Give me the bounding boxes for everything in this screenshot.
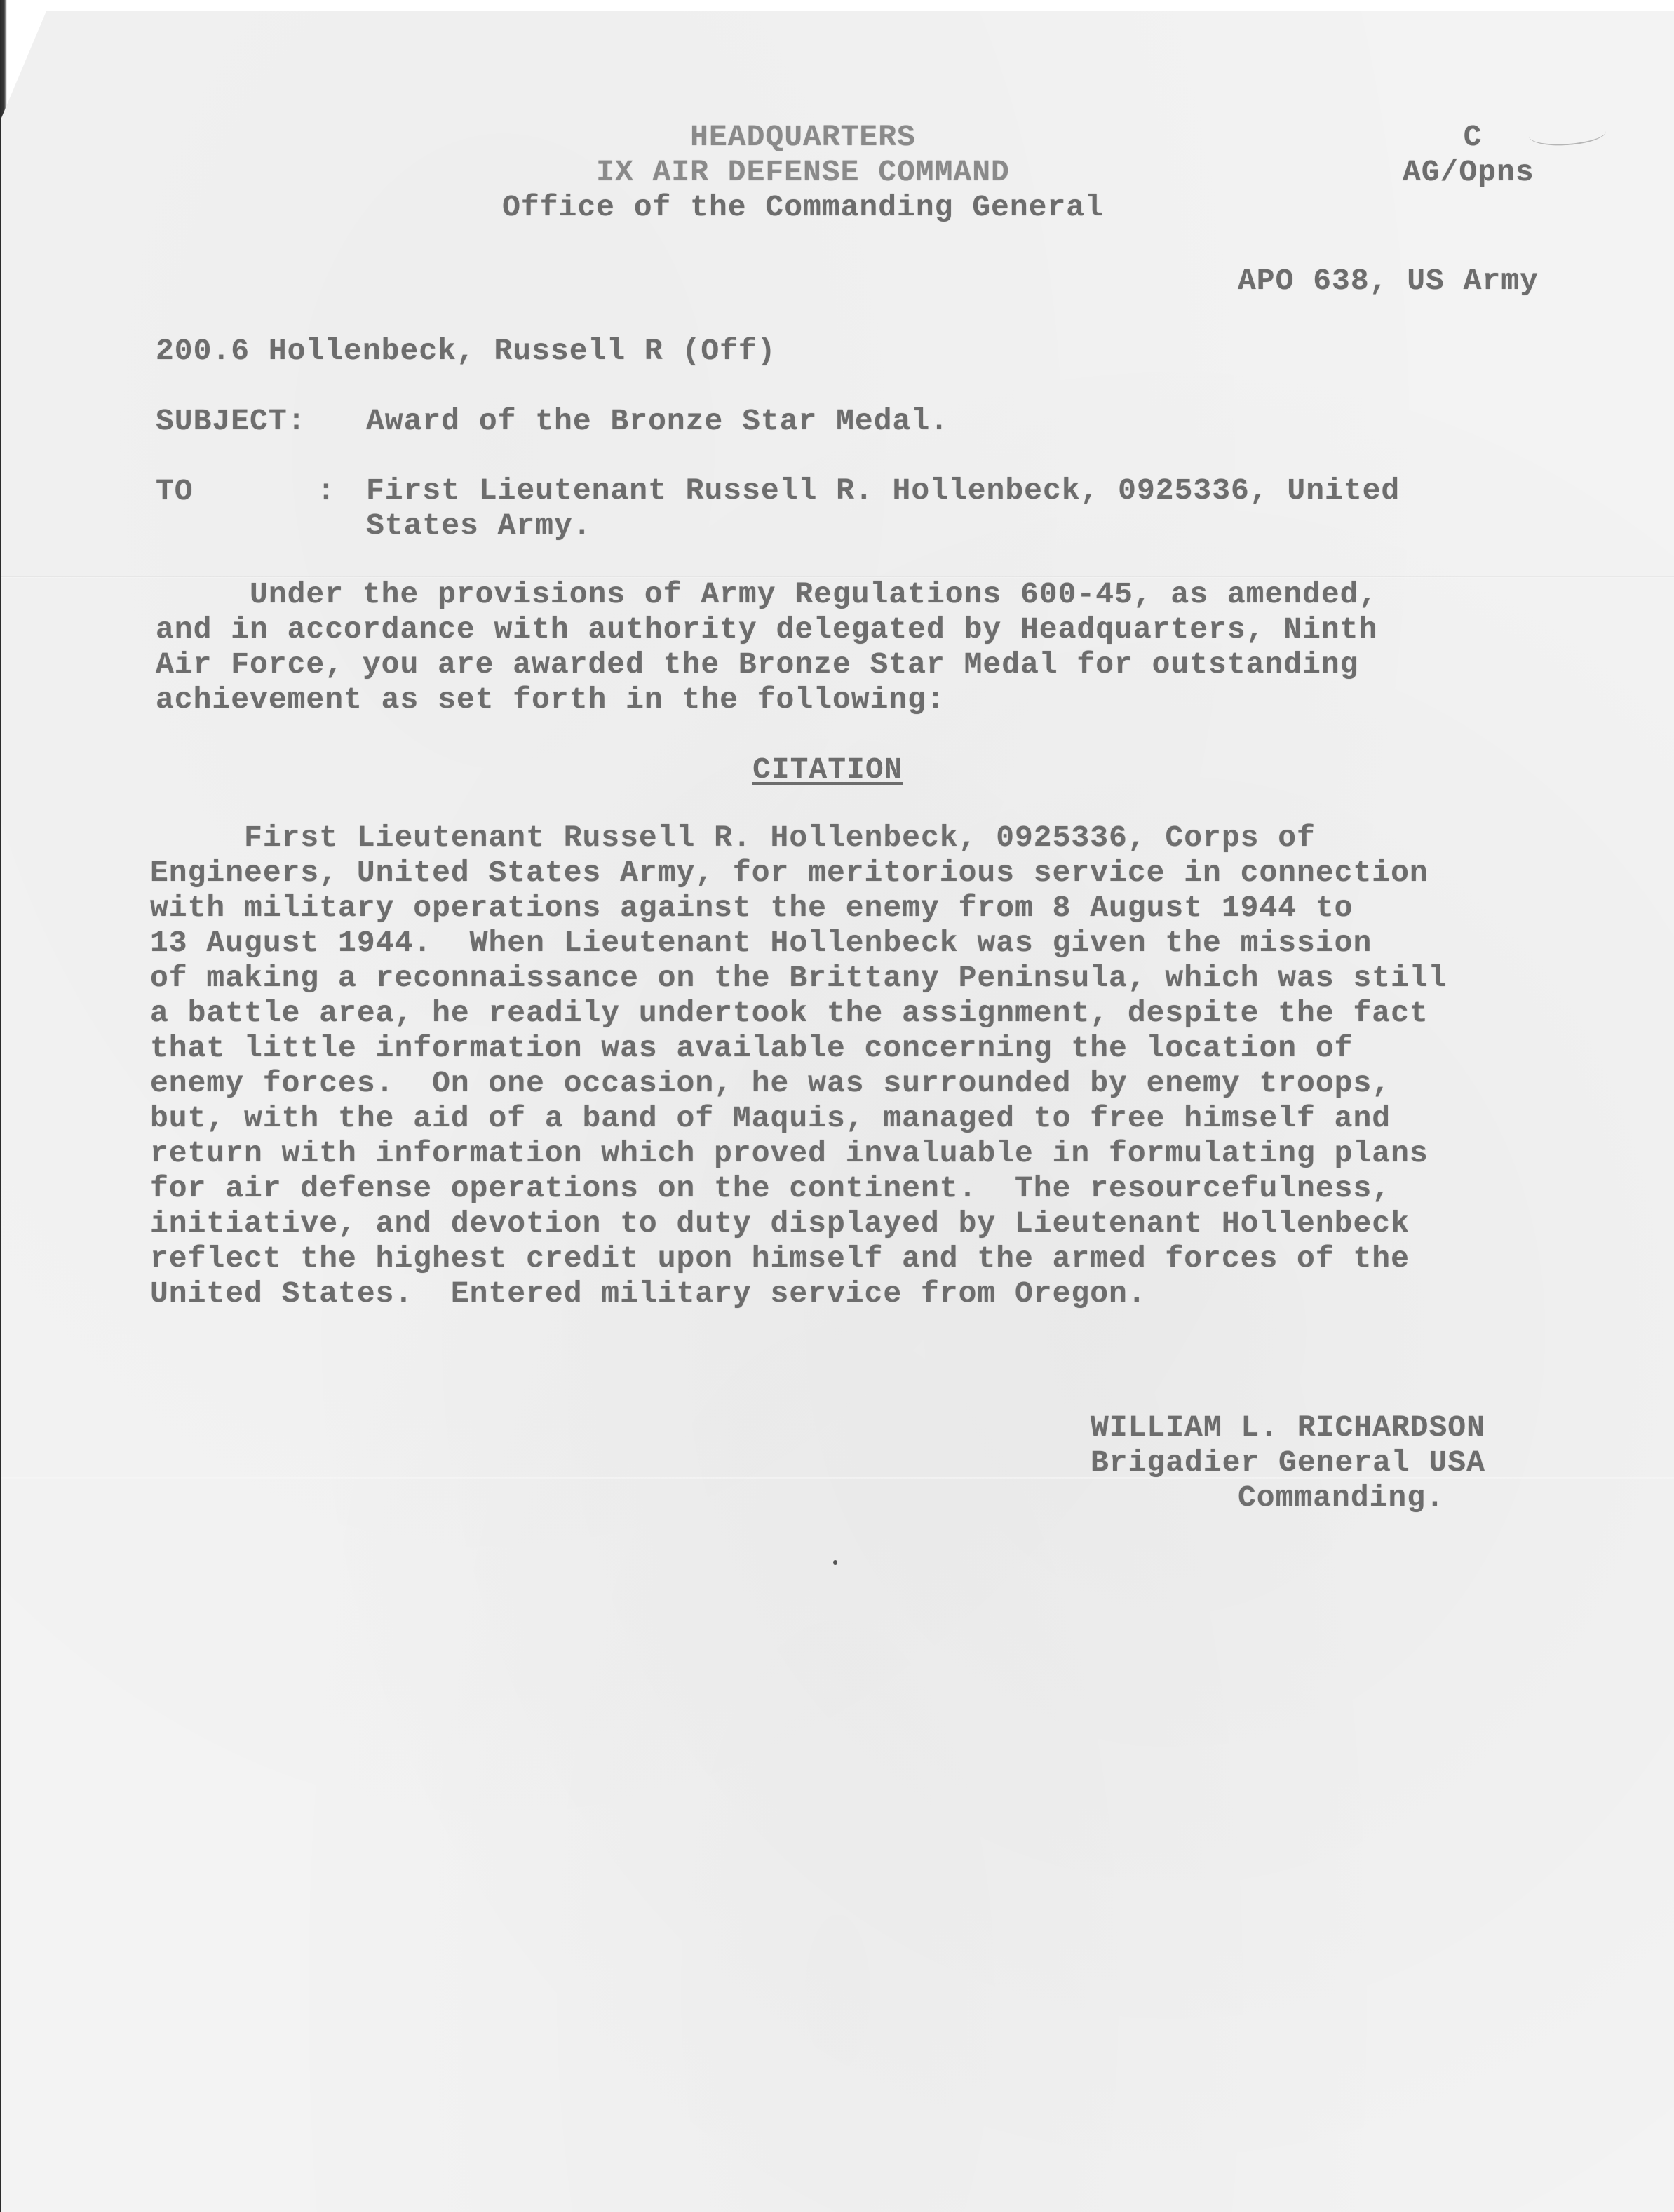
apo-address: APO 638, US Army bbox=[1238, 263, 1539, 299]
intro-line: Under the provisions of Army Regulations… bbox=[156, 577, 1544, 612]
ink-speck bbox=[833, 1560, 837, 1565]
citation-line: reflect the highest credit upon himself … bbox=[150, 1241, 1623, 1276]
citation-line: for air defense operations on the contin… bbox=[150, 1171, 1623, 1206]
citation-line: United States. Entered military service … bbox=[150, 1276, 1623, 1311]
citation-line: 13 August 1944. When Lieutenant Hollenbe… bbox=[150, 926, 1623, 961]
letterhead-office: Office of the Commanding General bbox=[393, 189, 1213, 226]
citation-paragraph: First Lieutenant Russell R. Hollenbeck, … bbox=[150, 821, 1623, 1311]
citation-line: initiative, and devotion to duty display… bbox=[150, 1206, 1623, 1241]
intro-line: achievement as set forth in the followin… bbox=[156, 682, 1544, 717]
signatory-title: Commanding. bbox=[1238, 1480, 1445, 1516]
intro-paragraph: Under the provisions of Army Regulations… bbox=[156, 577, 1544, 717]
file-reference: 200.6 Hollenbeck, Russell R (Off) bbox=[156, 333, 776, 370]
intro-line: and in accordance with authority delegat… bbox=[156, 612, 1544, 647]
letterhead-headquarters: HEADQUARTERS bbox=[393, 119, 1213, 156]
intro-line: Air Force, you are awarded the Bronze St… bbox=[156, 647, 1544, 682]
citation-line: that little information was available co… bbox=[150, 1031, 1623, 1066]
to-recipient: First Lieutenant Russell R. Hollenbeck, … bbox=[366, 473, 1558, 544]
citation-line: Engineers, United States Army, for merit… bbox=[150, 856, 1623, 891]
signatory-rank: Brigadier General USA bbox=[1091, 1445, 1485, 1481]
citation-line: but, with the aid of a band of Maquis, m… bbox=[150, 1101, 1623, 1136]
citation-line: of making a reconnaissance on the Britta… bbox=[150, 961, 1623, 996]
citation-line: return with information which proved inv… bbox=[150, 1136, 1623, 1171]
subject-label: SUBJECT: bbox=[156, 403, 306, 440]
to-colon: : bbox=[317, 473, 336, 510]
citation-line: a battle area, he readily undertook the … bbox=[150, 996, 1623, 1031]
file-office: AG/Opns bbox=[1403, 154, 1585, 191]
to-line: First Lieutenant Russell R. Hollenbeck, … bbox=[366, 473, 1558, 508]
subject-value: Award of the Bronze Star Medal. bbox=[366, 403, 949, 440]
to-line: States Army. bbox=[366, 508, 1558, 544]
letterhead-command: IX AIR DEFENSE COMMAND bbox=[393, 154, 1213, 191]
signatory-name: WILLIAM L. RICHARDSON bbox=[1091, 1410, 1485, 1446]
citation-line: enemy forces. On one occasion, he was su… bbox=[150, 1066, 1623, 1101]
to-label: TO bbox=[156, 473, 194, 510]
file-code: C bbox=[1431, 119, 1515, 156]
citation-line: with military operations against the ene… bbox=[150, 891, 1623, 926]
citation-line: First Lieutenant Russell R. Hollenbeck, … bbox=[150, 821, 1623, 856]
citation-heading: CITATION bbox=[752, 752, 903, 788]
